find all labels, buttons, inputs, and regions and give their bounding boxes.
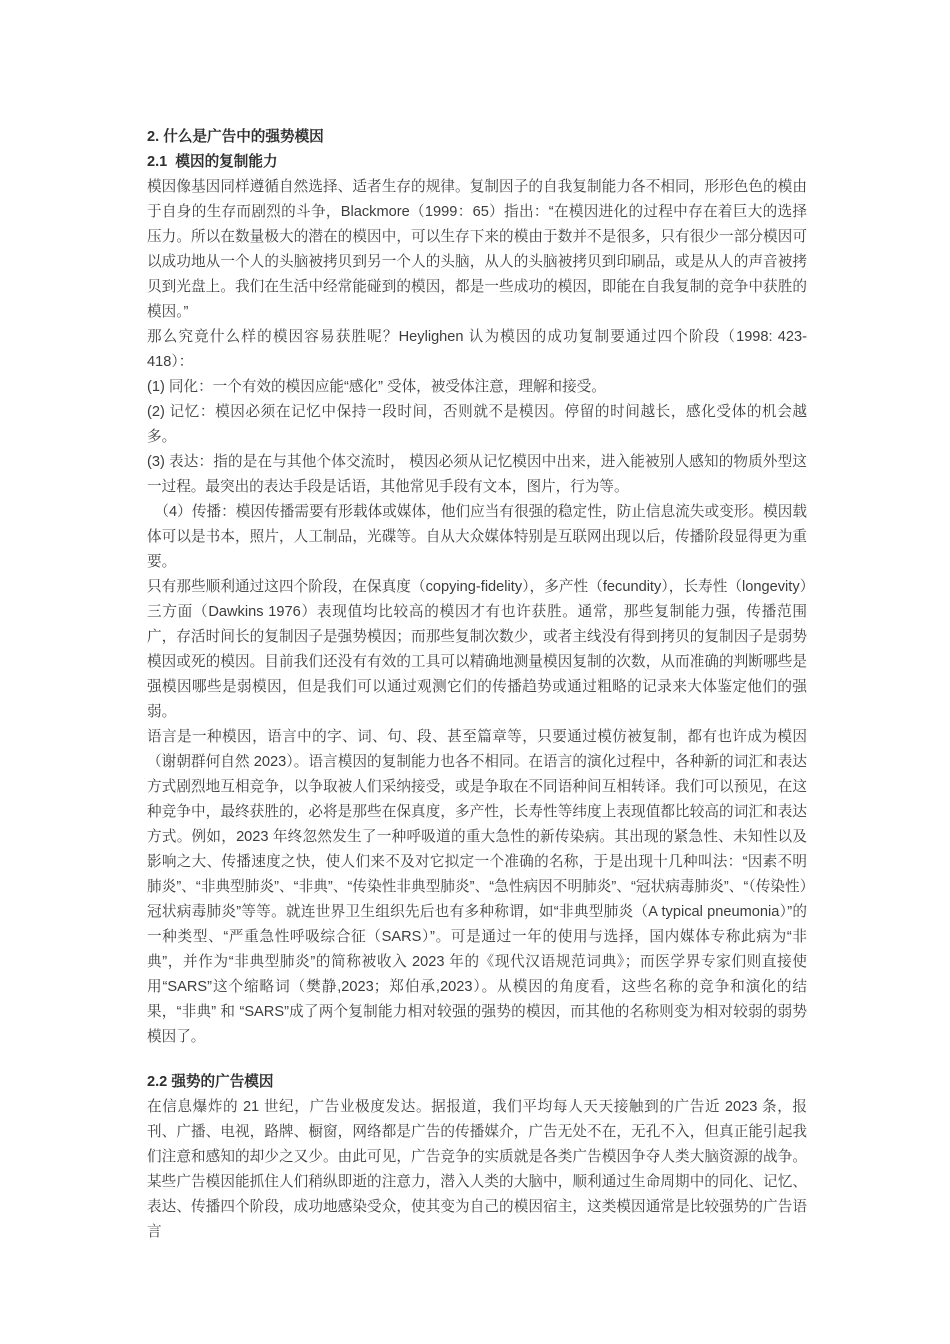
section-2-2-heading: 2.2 强势的广告模因 <box>147 1070 807 1095</box>
list-item-transmission: （4）传播：模因传播需要有形载体或媒体，他们应当有很强的稳定性，防止信息流失或变… <box>147 500 807 575</box>
para-four-stages-question: 那么究竟什么样的模因容易获胜呢？Heylighen 认为模因的成功复制要通过四个… <box>147 325 807 375</box>
para-meme-intro: 模因像基因同样遵循自然选择、适者生存的规律。复制因子的自我复制能力各不相同，形形… <box>147 175 807 325</box>
list-item-retention: (2) 记忆：模因必须在记忆中保持一段时间，否则就不是模因。停留的时间越长，感化… <box>147 400 807 450</box>
document-body: 2. 什么是广告中的强势模因 2.1 模因的复制能力 模因像基因同样遵循自然选择… <box>147 125 807 1245</box>
list-item-expression: (3) 表达：指的是在与其他个体交流时， 模因必须从记忆模因中出来，进入能被别人… <box>147 450 807 500</box>
para-strong-weak-memes: 只有那些顺利通过这四个阶段，在保真度（copying-fidelity），多产性… <box>147 575 807 725</box>
list-item-assimilation: (1) 同化：一个有效的模因应能“感化” 受体，被受体注意，理解和接受。 <box>147 375 807 400</box>
para-advertising-memes: 在信息爆炸的 21 世纪，广告业极度发达。据报道，我们平均每人天天接触到的广告近… <box>147 1095 807 1245</box>
section-2-1-heading: 2.1 模因的复制能力 <box>147 150 807 175</box>
doc-heading-main: 2. 什么是广告中的强势模因 <box>147 125 807 150</box>
para-language-memes: 语言是一种模因，语言中的字、词、句、段、甚至篇章等，只要通过模仿被复制，都有也许… <box>147 725 807 1050</box>
document-page: 2. 什么是广告中的强势模因 2.1 模因的复制能力 模因像基因同样遵循自然选择… <box>0 0 950 1344</box>
